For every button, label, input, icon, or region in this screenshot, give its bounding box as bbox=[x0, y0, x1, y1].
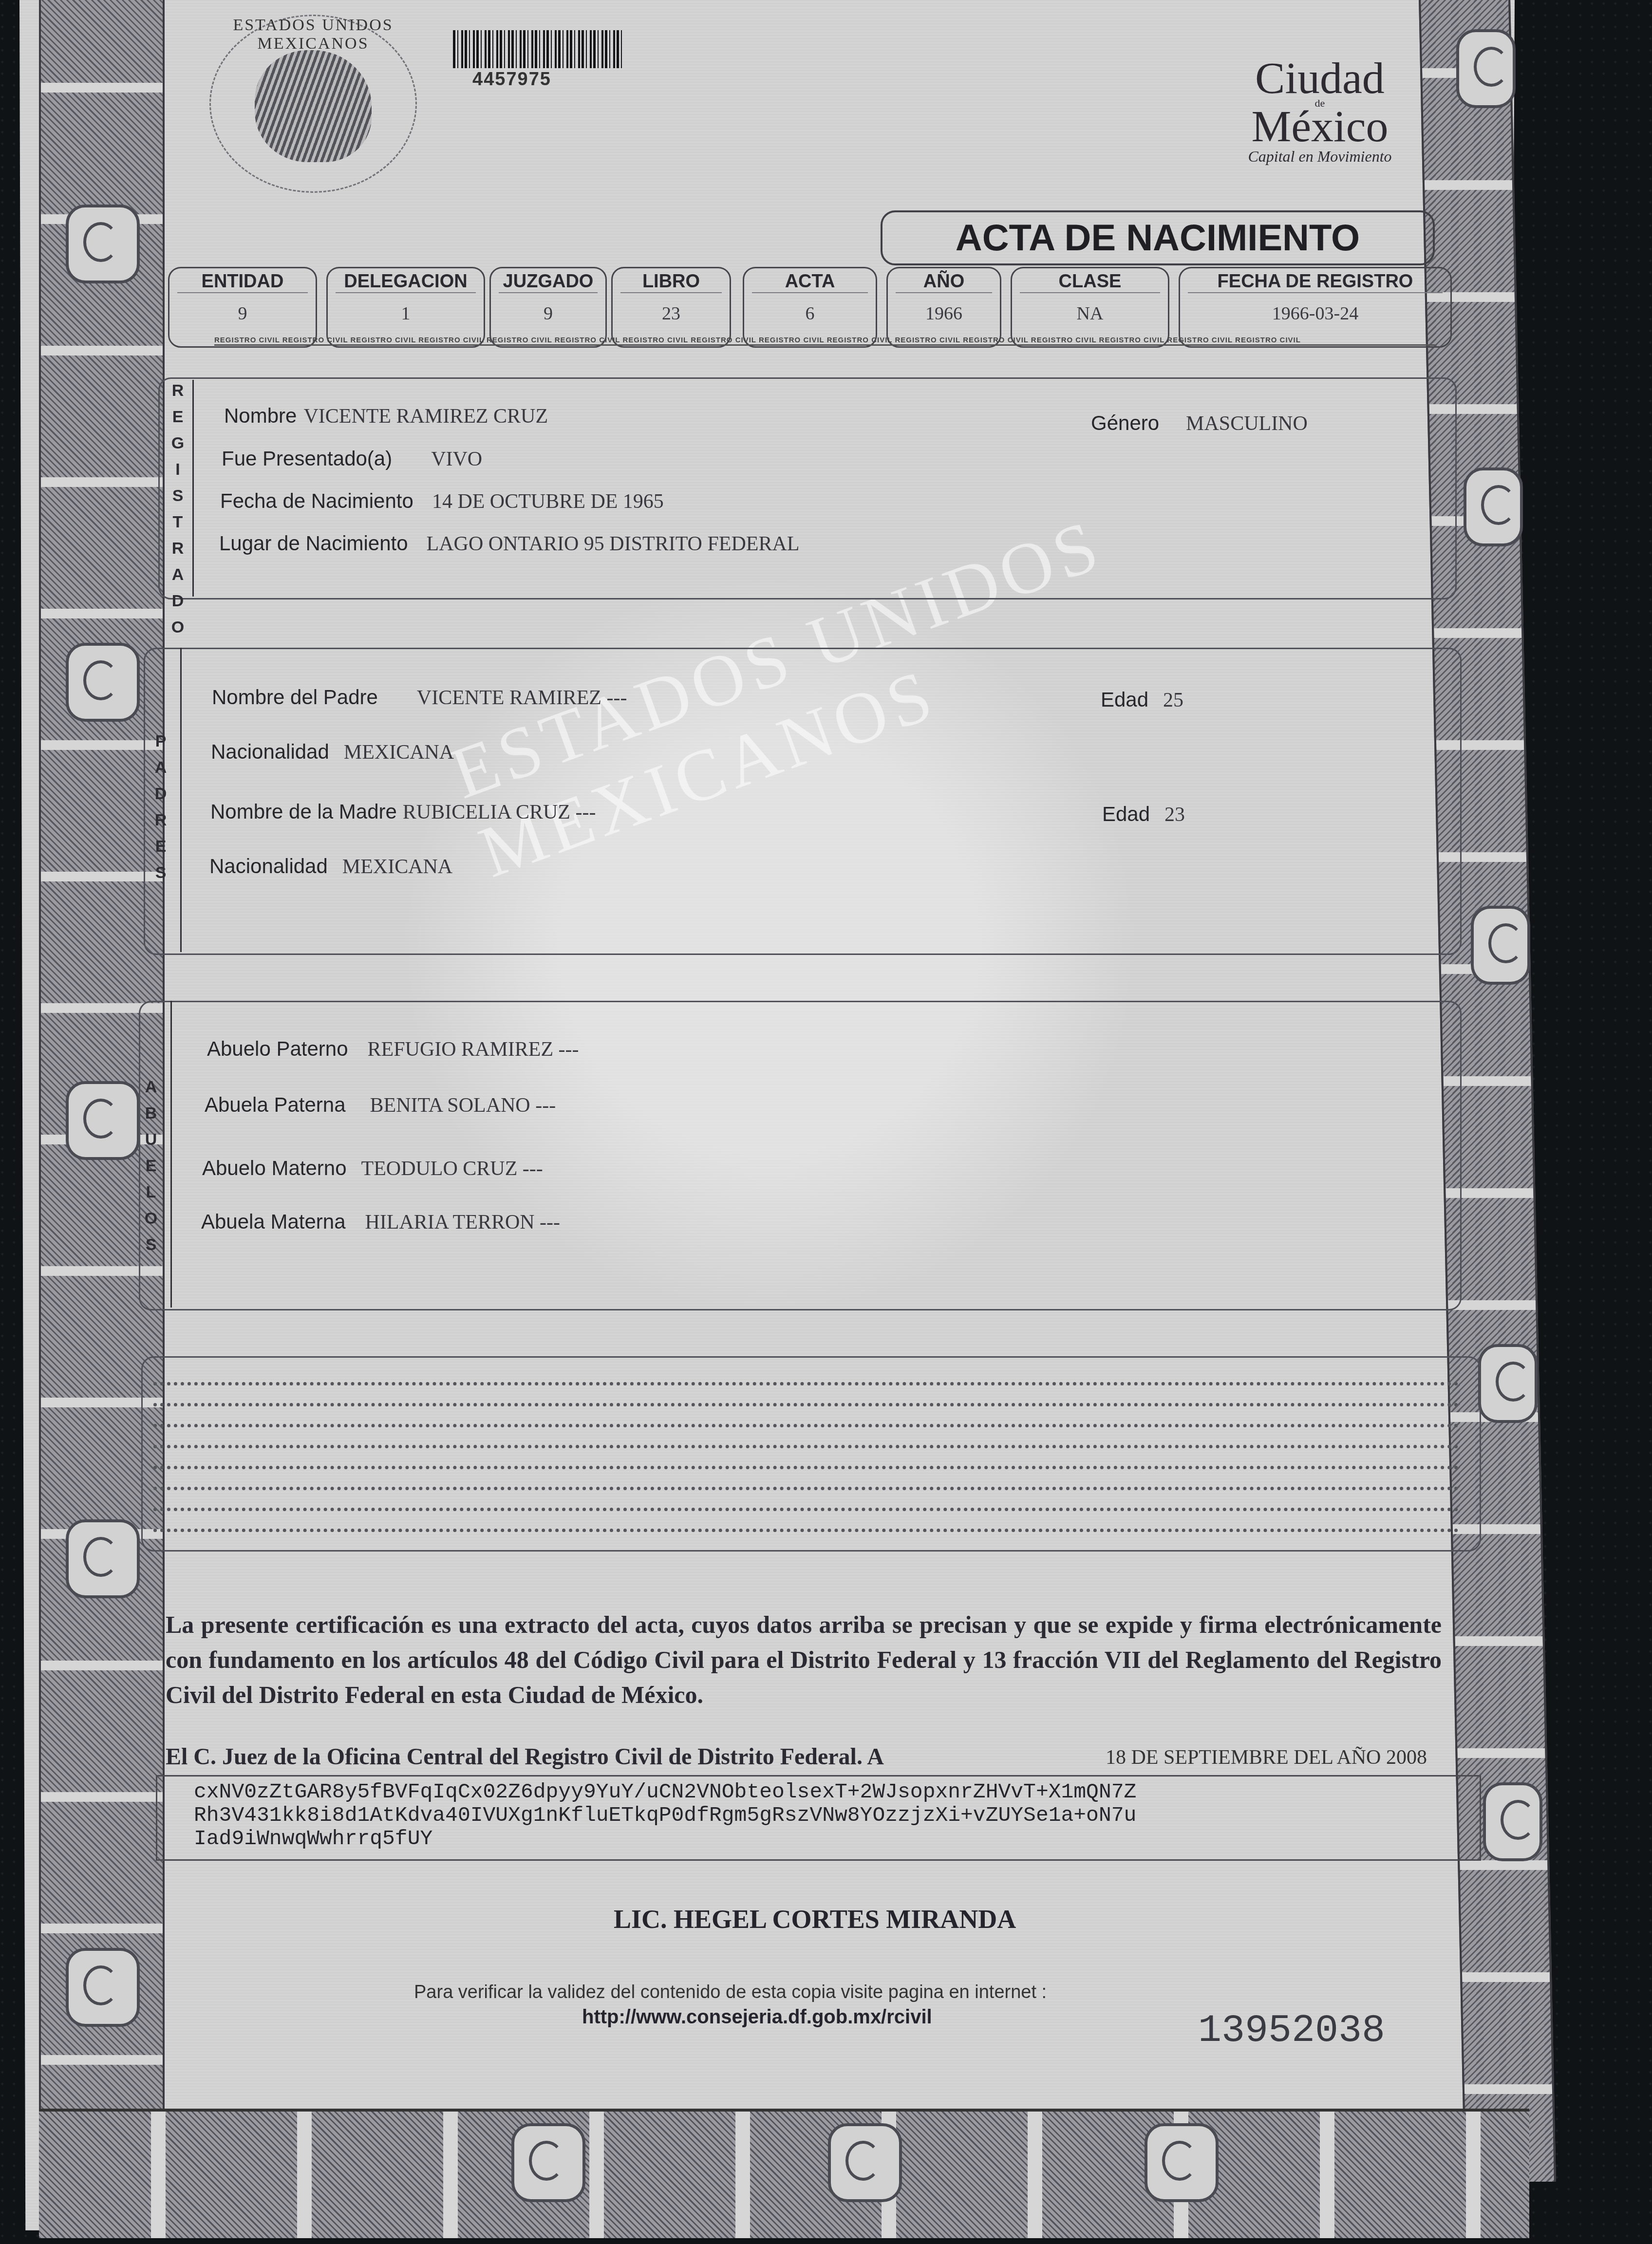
registrado-presentado: VIVO bbox=[431, 448, 482, 470]
border-scroll-ornament bbox=[1456, 29, 1516, 108]
cdmx-logo: Ciudad de México Capital en Movimiento bbox=[1213, 56, 1427, 166]
notes-dashed-line bbox=[153, 1382, 1459, 1385]
madre-nombre: RUBICELIA CRUZ --- bbox=[403, 801, 596, 823]
border-scroll-ornament bbox=[66, 205, 140, 283]
abuelo-paterno-row: Abuelo PaternoREFUGIO RAMIREZ --- bbox=[207, 1037, 579, 1061]
padre-edad: 25 bbox=[1163, 689, 1183, 711]
registrado-presentado-row: Fue Presentado(a)VIVO bbox=[222, 447, 482, 471]
registrado-genero: MASCULINO bbox=[1186, 412, 1308, 435]
issue-date: 18 DE SEPTIEMBRE DEL AÑO 2008 bbox=[1106, 1746, 1427, 1769]
madre-nacionalidad: MEXICANA bbox=[342, 856, 452, 878]
abuela-paterna-row: Abuela PaternaBENITA SOLANO --- bbox=[205, 1093, 556, 1117]
padres-side-label: PADRES bbox=[151, 728, 170, 886]
madre-edad-row: Edad23 bbox=[1102, 803, 1185, 826]
padre-nacionalidad-row: NacionalidadMEXICANA bbox=[211, 740, 454, 764]
eagle-emblem-icon bbox=[255, 50, 372, 162]
border-scroll-ornament bbox=[1478, 1344, 1538, 1423]
border-scroll-ornament bbox=[1145, 2123, 1219, 2202]
notes-dashed-line bbox=[153, 1466, 1459, 1469]
section-divider bbox=[192, 380, 194, 597]
border-scroll-ornament bbox=[1464, 467, 1523, 546]
logo-line-ciudad: Ciudad bbox=[1213, 56, 1427, 100]
border-scroll-ornament bbox=[1471, 906, 1530, 985]
registrado-genero-row: GéneroMASCULINO bbox=[1091, 411, 1308, 435]
registrado-nombre-row: NombreVICENTE RAMIREZ CRUZ bbox=[224, 404, 548, 428]
border-scroll-ornament bbox=[511, 2123, 585, 2202]
border-scroll-ornament bbox=[66, 643, 140, 722]
border-scroll-ornament bbox=[66, 1081, 140, 1160]
section-notes bbox=[141, 1356, 1481, 1552]
certification-paragraph: La presente certificación es una extract… bbox=[166, 1607, 1442, 1712]
registrado-lugar-row: Lugar de NacimientoLAGO ONTARIO 95 DISTR… bbox=[219, 532, 799, 556]
border-scroll-ornament bbox=[828, 2123, 902, 2202]
abuelo-materno: TEODULO CRUZ --- bbox=[361, 1158, 543, 1180]
registrado-side-label: REGISTRADO bbox=[168, 377, 188, 640]
abuela-materna-row: Abuela MaternaHILARIA TERRON --- bbox=[201, 1210, 560, 1234]
madre-edad: 23 bbox=[1164, 804, 1185, 826]
verify-instructions: Para verificar la validez del contenido … bbox=[414, 1982, 1047, 2003]
verify-url-link[interactable]: http://www.consejeria.df.gob.mx/rcivil bbox=[582, 2006, 932, 2028]
section-divider bbox=[180, 648, 182, 952]
notes-dashed-line bbox=[153, 1403, 1459, 1406]
madre-nombre-row: Nombre de la MadreRUBICELIA CRUZ --- bbox=[210, 800, 596, 824]
registro-civil-microtext: REGISTRO CIVIL REGISTRO CIVIL REGISTRO C… bbox=[214, 336, 1437, 346]
registrado-fecha-row: Fecha de Nacimiento14 DE OCTUBRE DE 1965 bbox=[220, 489, 664, 513]
electronic-signature: cxNV0zZtGAR8y5fBVFqIqCx02Z6dpyy9YuY/uCN2… bbox=[194, 1780, 1136, 1851]
notes-dashed-line bbox=[153, 1508, 1459, 1511]
notes-dashed-line bbox=[153, 1529, 1459, 1532]
registrado-fecha: 14 DE OCTUBRE DE 1965 bbox=[432, 490, 664, 513]
padre-nacionalidad: MEXICANA bbox=[344, 741, 454, 764]
barcode-number: 4457975 bbox=[472, 69, 551, 90]
padre-edad-row: Edad25 bbox=[1101, 688, 1183, 712]
judge-name: LIC. HEGEL CORTES MIRANDA bbox=[614, 1904, 1016, 1934]
registrado-nombre: VICENTE RAMIREZ CRUZ bbox=[303, 405, 548, 428]
logo-line-mexico: México bbox=[1213, 107, 1427, 146]
section-divider bbox=[170, 1001, 172, 1308]
logo-tagline: Capital en Movimiento bbox=[1213, 148, 1427, 166]
electronic-signature-box: cxNV0zZtGAR8y5fBVFqIqCx02Z6dpyy9YuY/uCN2… bbox=[156, 1775, 1481, 1861]
abuelo-materno-row: Abuelo MaternoTEODULO CRUZ --- bbox=[202, 1157, 543, 1180]
padre-nombre-row: Nombre del PadreVICENTE RAMIREZ --- bbox=[212, 686, 627, 710]
notes-dashed-line bbox=[153, 1445, 1459, 1448]
notes-dashed-line bbox=[153, 1487, 1459, 1490]
barcode bbox=[453, 30, 623, 68]
notes-dashed-line bbox=[153, 1424, 1459, 1427]
madre-nacionalidad-row: NacionalidadMEXICANA bbox=[209, 855, 452, 879]
national-seal: ESTADOS UNIDOS MEXICANOS bbox=[209, 15, 417, 193]
seal-text: ESTADOS UNIDOS MEXICANOS bbox=[211, 16, 415, 53]
abuelo-paterno: REFUGIO RAMIREZ --- bbox=[368, 1038, 579, 1061]
abuelos-side-label: ABUELOS bbox=[141, 1074, 161, 1258]
document-title: ACTA DE NACIMIENTO bbox=[881, 210, 1435, 265]
abuela-paterna: BENITA SOLANO --- bbox=[370, 1094, 556, 1117]
border-scroll-ornament bbox=[66, 1519, 140, 1598]
judge-statement: El C. Juez de la Oficina Central del Reg… bbox=[166, 1743, 884, 1770]
abuela-materna: HILARIA TERRON --- bbox=[365, 1211, 561, 1234]
registrado-lugar: LAGO ONTARIO 95 DISTRITO FEDERAL bbox=[427, 533, 800, 555]
bottom-ornamental-border bbox=[39, 2109, 1529, 2238]
border-scroll-ornament bbox=[66, 1948, 140, 2027]
padre-nombre: VICENTE RAMIREZ --- bbox=[417, 687, 627, 709]
border-scroll-ornament bbox=[1483, 1782, 1542, 1861]
folio-number: 13952038 bbox=[1198, 2009, 1385, 2053]
